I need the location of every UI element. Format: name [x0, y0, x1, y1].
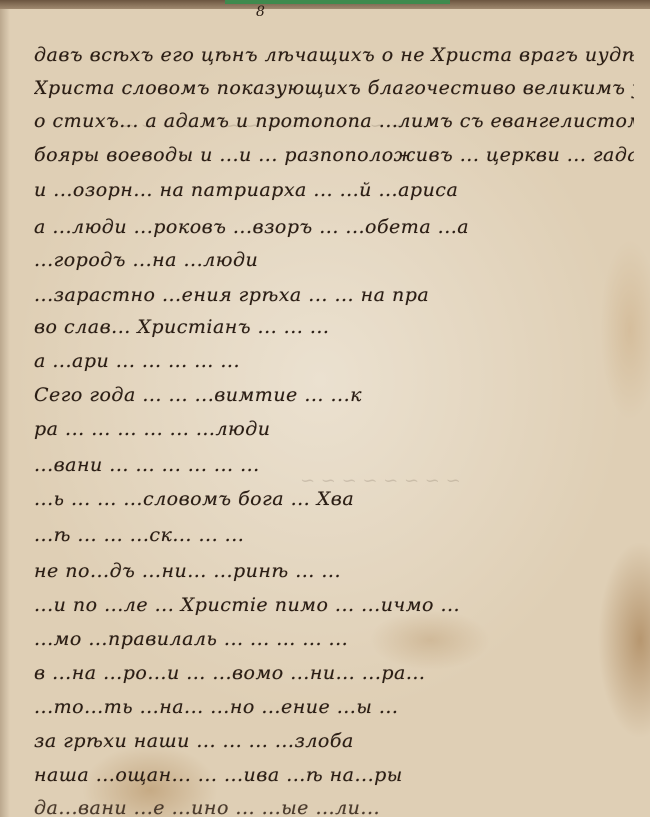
manuscript-line: а ...люди ...роковъ ...взоръ ... ...обет… [34, 212, 634, 242]
manuscript-line: во слав... Христiанъ ... ... ... [34, 312, 634, 342]
manuscript-line: Сего года ... ... ...вимтие ... ...к [34, 380, 634, 410]
manuscript-line: ...ь ... ... ...словомъ бога ... Хва [34, 484, 634, 514]
manuscript-page: ~ ~ ~ ~ ~ ~ ~ ~ ~ ~ ~ ~ ~ ~ ~ ~ ~ ~ ~ ~ … [0, 0, 650, 817]
manuscript-line: бояры воеводы и ...и ... разпоположивъ .… [34, 140, 634, 170]
manuscript-line: Христа словомъ показующихъ благочестиво … [34, 73, 634, 103]
manuscript-line: а ...ари ... ... ... ... ... [34, 346, 634, 376]
manuscript-line: не по...дъ ...ни... ...ринѣ ... ... [34, 556, 634, 586]
manuscript-line: ...вани ... ... ... ... ... ... [34, 450, 634, 480]
manuscript-line: в ...на ...ро...и ... ...вомо ...ни... .… [34, 658, 634, 688]
manuscript-line: ...ѣ ... ... ...ск... ... ... [34, 520, 634, 550]
manuscript-line: о стихъ... а адамъ и протопопа ...лимъ с… [34, 106, 634, 136]
manuscript-line: и ...озорн... на патриарха ... ...й ...а… [34, 175, 634, 205]
page-left-shadow [0, 9, 10, 817]
manuscript-line: за грѣхи наши ... ... ... ...злоба [34, 726, 634, 756]
manuscript-line: ...и по ...ле ... Христiе пимо ... ...ич… [34, 590, 634, 620]
manuscript-line: ра ... ... ... ... ... ...люди [34, 414, 634, 444]
manuscript-line: наша ...ощан... ... ...ива ...ѣ на...ры [34, 760, 634, 790]
manuscript-line: да...вани ...е ...ино ... ...ые ...ли... [34, 793, 634, 817]
manuscript-line: ...то...ть ...на... ...но ...ение ...ы .… [34, 692, 634, 722]
manuscript-line: ...мо ...правилаль ... ... ... ... ... [34, 624, 634, 654]
manuscript-line: ...городъ ...на ...люди [34, 245, 634, 275]
manuscript-line: ...зарастно ...ения грѣха ... ... на пра [34, 280, 634, 310]
superscript-mark: 8 [256, 4, 265, 20]
manuscript-line: давъ всѣхъ его цѣнъ лѣчащихъ о не Христа… [34, 40, 634, 70]
